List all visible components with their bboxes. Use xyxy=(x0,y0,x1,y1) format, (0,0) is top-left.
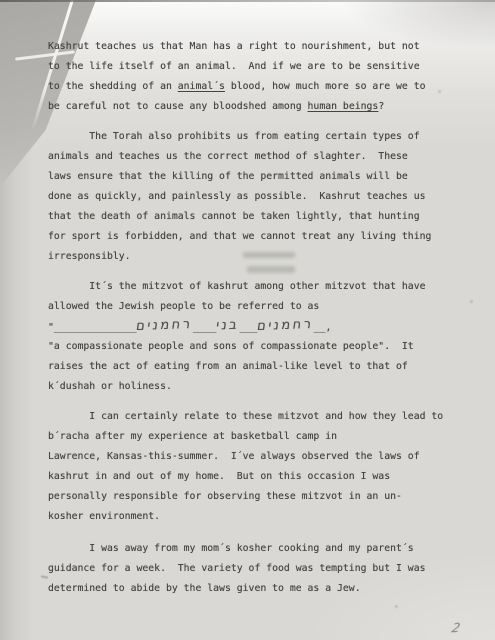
typed-line: to the life itself of an animal. And if … xyxy=(48,57,475,77)
typed-segment: to the life itself of an animal. And if … xyxy=(48,61,420,72)
typed-segment: __, xyxy=(314,322,332,333)
paragraph: I can certainly relate to these mitzvot … xyxy=(48,407,475,527)
ink-smudge xyxy=(243,252,295,258)
typed-segment: to the shedding of an xyxy=(48,81,178,92)
paragraph: The Torah also prohibits us from eating … xyxy=(48,127,475,267)
typed-segment: "a compassionate people and sons of comp… xyxy=(48,341,414,352)
typed-segment: blood, how much more so are we to xyxy=(225,81,426,92)
typed-segment: It´s the mitzvot of kashrut among other … xyxy=(48,281,426,292)
typed-line: kosher environment. xyxy=(48,507,475,527)
typed-line: determined to abide by the laws given to… xyxy=(48,579,475,599)
underlined-word: animal´s xyxy=(178,81,225,92)
typed-line: to the shedding of an animal´s blood, ho… xyxy=(48,77,475,97)
paper-speck xyxy=(438,90,441,93)
ink-smudge xyxy=(247,266,295,273)
typed-segment: Lawrence, Kansas-this-summer. I´ve alway… xyxy=(48,451,420,462)
typed-line: personally responsible for observing the… xyxy=(48,487,475,507)
typed-line: be careful not to cause any bloodshed am… xyxy=(48,97,475,117)
typed-line: The Torah also prohibits us from eating … xyxy=(48,127,475,147)
typed-segment: kashrut in and out of my home. But on th… xyxy=(48,471,390,482)
typed-line: done as quickly, and painlessly as possi… xyxy=(48,187,475,207)
hebrew-handwriting: רחמנים xyxy=(135,315,194,337)
typed-segment: ___ xyxy=(240,322,258,333)
typed-segment: be careful not to cause any bloodshed am… xyxy=(48,101,308,112)
typed-line: that the death of animals cannot be take… xyxy=(48,207,475,227)
typed-line: for sport is forbidden, and that we cann… xyxy=(48,227,475,247)
typed-segment: The Torah also prohibits us from eating … xyxy=(48,131,420,142)
typed-segment: Kashrut teaches us that Man has a right … xyxy=(48,41,420,52)
typed-line: k´dushah or holiness. xyxy=(48,377,475,397)
typed-segment: kosher environment. xyxy=(48,511,160,522)
typed-segment: k´dushah or holiness. xyxy=(48,381,172,392)
typed-segment: laws ensure that the killing of the perm… xyxy=(48,171,408,182)
typed-line: laws ensure that the killing of the perm… xyxy=(48,167,475,187)
typed-segment: irresponsibly. xyxy=(48,251,131,262)
paper-speck xyxy=(470,300,473,303)
typed-line: "a compassionate people and sons of comp… xyxy=(48,337,475,357)
typed-line: raises the act of eating from an animal-… xyxy=(48,357,475,377)
typed-text: Kashrut teaches us that Man has a right … xyxy=(0,0,495,640)
typed-segment: for sport is forbidden, and that we cann… xyxy=(48,231,431,242)
typed-segment: that the death of animals cannot be take… xyxy=(48,211,420,222)
scanned-page: Kashrut teaches us that Man has a right … xyxy=(0,0,495,640)
typed-segment: ____ xyxy=(193,322,217,333)
typed-segment: allowed the Jewish people to be referred… xyxy=(48,301,319,312)
typed-line: animals and teaches us the correct metho… xyxy=(48,147,475,167)
typed-line: "______________רחמנים____בני___רחמנים__, xyxy=(48,317,475,337)
paper-speck xyxy=(395,605,398,608)
typed-segment: guidance for a week. The variety of food… xyxy=(48,563,426,574)
typed-segment: done as quickly, and painlessly as possi… xyxy=(48,191,426,202)
typed-line: Lawrence, Kansas-this-summer. I´ve alway… xyxy=(48,447,475,467)
typed-line: b´racha after my experience at basketbal… xyxy=(48,427,475,447)
typed-line: I was away from my mom´s kosher cooking … xyxy=(48,539,475,559)
typed-segment: I can certainly relate to these mitzvot … xyxy=(48,411,443,422)
hebrew-handwriting: רחמנים xyxy=(256,315,315,337)
underlined-word: human beings xyxy=(308,101,379,112)
typed-segment: personally responsible for observing the… xyxy=(48,491,402,502)
paragraph: Kashrut teaches us that Man has a right … xyxy=(48,37,475,117)
typed-line: kashrut in and out of my home. But on th… xyxy=(48,467,475,487)
typed-line: It´s the mitzvot of kashrut among other … xyxy=(48,277,475,297)
typed-line: Kashrut teaches us that Man has a right … xyxy=(48,37,475,57)
paragraph: It´s the mitzvot of kashrut among other … xyxy=(48,277,475,397)
hebrew-handwriting: בני xyxy=(215,316,241,337)
typed-line: allowed the Jewish people to be referred… xyxy=(48,297,475,317)
typed-segment: determined to abide by the laws given to… xyxy=(48,583,361,594)
typed-line: guidance for a week. The variety of food… xyxy=(48,559,475,579)
typed-segment: animals and teaches us the correct metho… xyxy=(48,151,408,162)
paragraph: I was away from my mom´s kosher cooking … xyxy=(48,539,475,599)
typed-segment: ? xyxy=(378,101,384,112)
typed-segment: raises the act of eating from an animal-… xyxy=(48,361,408,372)
typed-segment: b´racha after my experience at basketbal… xyxy=(48,431,337,442)
typed-line: I can certainly relate to these mitzvot … xyxy=(48,407,475,427)
typed-segment: "______________ xyxy=(48,322,136,333)
typed-segment: I was away from my mom´s kosher cooking … xyxy=(48,543,414,554)
